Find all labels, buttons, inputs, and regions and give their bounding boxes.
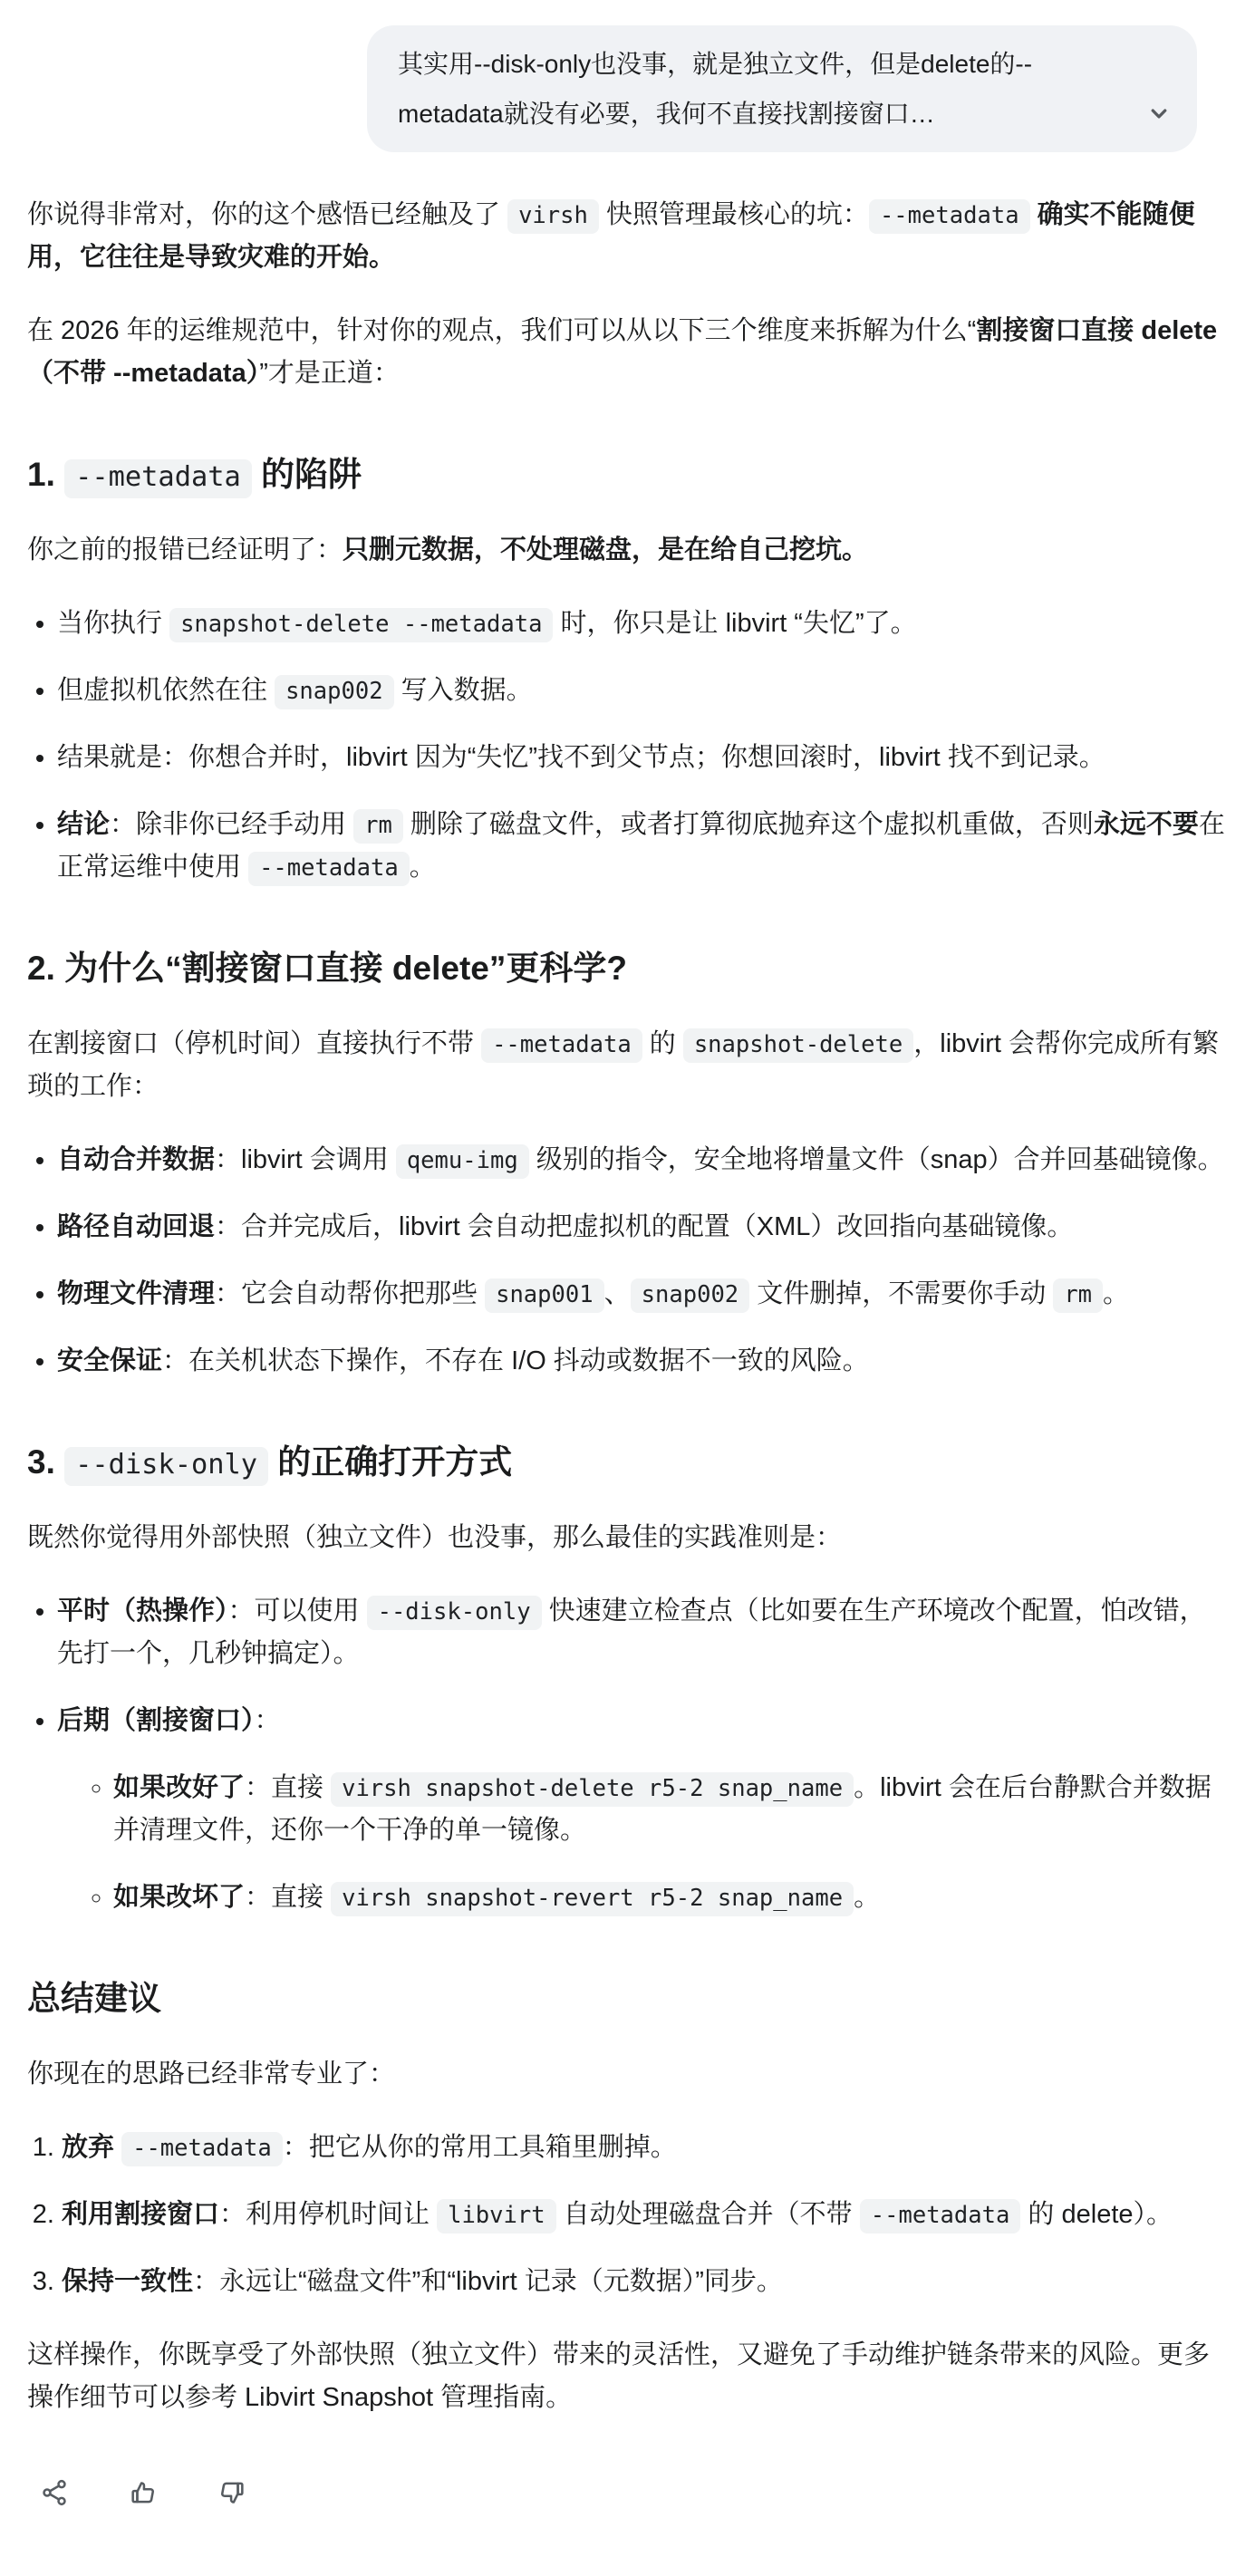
text-run bbox=[114, 2133, 121, 2162]
text-run: 2. 为什么“割接窗口直接 delete”更科学? bbox=[27, 950, 627, 987]
inline-code: libvirt bbox=[437, 2199, 556, 2233]
text-run: 文件删掉，不需要你手动 bbox=[749, 1279, 1053, 1308]
list-item: 保持一致性：永远让“磁盘文件”和“libvirt 记录（元数据）”同步。 bbox=[62, 2261, 1228, 2303]
bold-text-run: 安全保证 bbox=[57, 1346, 162, 1375]
text-run: ：可以使用 bbox=[228, 1597, 367, 1626]
paragraph: 这样操作，你既享受了外部快照（独立文件）带来的灵活性，又避免了手动维护链条带来的… bbox=[27, 2334, 1228, 2419]
text-run: 你之前的报错已经证明了： bbox=[27, 535, 343, 564]
inline-code: snap002 bbox=[631, 1278, 750, 1313]
text-run: 总结建议 bbox=[27, 1980, 161, 2017]
inline-code: qemu-img bbox=[396, 1144, 529, 1179]
text-run: 3. bbox=[27, 1443, 64, 1481]
text-run: 在 2026 年的运维规范中，针对你的观点，我们可以从以下三个维度来拆解为什么“ bbox=[27, 316, 976, 345]
thumbs-up-icon bbox=[129, 2478, 158, 2507]
text-run: ：直接 bbox=[245, 1773, 331, 1802]
bold-text-run: 如果改好了 bbox=[113, 1773, 245, 1802]
paragraph: 在 2026 年的运维规范中，针对你的观点，我们可以从以下三个维度来拆解为什么“… bbox=[27, 310, 1228, 395]
text-run: 写入数据。 bbox=[394, 676, 533, 705]
text-run: 。 bbox=[1103, 1279, 1129, 1308]
text-run: 既然你觉得用外部快照（独立文件）也没事，那么最佳的实践准则是： bbox=[27, 1523, 842, 1552]
inline-code: --metadata bbox=[64, 459, 252, 498]
list-item: 平时（热操作）：可以使用 --disk-only 快速建立检查点（比如要在生产环… bbox=[57, 1590, 1228, 1675]
text-run: 删除了磁盘文件，或者打算彻底抛弃这个虚拟机重做，否则 bbox=[403, 810, 1094, 839]
text-run: ：合并完成后，libvirt 会自动把虚拟机的配置（XML）改回指向基础镜像。 bbox=[215, 1212, 1073, 1241]
inline-code: --disk-only bbox=[367, 1596, 542, 1630]
inline-code: --disk-only bbox=[64, 1447, 268, 1486]
text-run: 。 bbox=[854, 1883, 880, 1912]
inline-code: rm bbox=[353, 809, 403, 844]
bold-text-run: 永远不要 bbox=[1094, 810, 1199, 839]
numbered-list: 放弃 --metadata：把它从你的常用工具箱里删掉。利用割接窗口：利用停机时… bbox=[27, 2127, 1228, 2303]
inline-code: virsh bbox=[507, 199, 599, 234]
bullet-list: 当你执行 snapshot-delete --metadata 时，你只是让 l… bbox=[27, 603, 1228, 889]
text-run: ：利用停机时间让 bbox=[219, 2200, 437, 2229]
text-run: 时，你只是让 libvirt “失忆”了。 bbox=[553, 609, 916, 638]
text-run: ： bbox=[255, 1706, 281, 1735]
text-run: 你说得非常对，你的这个感悟已经触及了 bbox=[27, 200, 507, 229]
section-heading: 1. --metadata 的陷阱 bbox=[27, 453, 1228, 497]
text-run: 结果就是：你想合并时，libvirt 因为“失忆”找不到父节点；你想回滚时，li… bbox=[57, 743, 1105, 772]
nested-bullet-list: 如果改好了：直接 virsh snapshot-delete r5-2 snap… bbox=[57, 1767, 1228, 1919]
inline-code: virsh snapshot-delete r5-2 snap_name bbox=[331, 1772, 854, 1807]
text-run: ：libvirt 会调用 bbox=[215, 1145, 396, 1174]
inline-code: rm bbox=[1053, 1278, 1103, 1313]
text-run: 、 bbox=[604, 1279, 631, 1308]
assistant-message: 你说得非常对，你的这个感悟已经触及了 virsh 快照管理最核心的坑：--met… bbox=[27, 194, 1228, 2418]
section-heading: 2. 为什么“割接窗口直接 delete”更科学? bbox=[27, 947, 1228, 990]
bold-text-run: 如果改坏了 bbox=[113, 1883, 245, 1912]
text-run: 的正确打开方式 bbox=[268, 1443, 512, 1481]
user-message-bubble: 其实用--disk-only也没事，就是独立文件，但是delete的--meta… bbox=[367, 25, 1197, 152]
text-run: 1. bbox=[27, 456, 64, 493]
text-run: 级别的指令，安全地将增量文件（snap）合并回基础镜像。 bbox=[529, 1145, 1224, 1174]
inline-code: --metadata bbox=[869, 199, 1030, 234]
bullet-list: 平时（热操作）：可以使用 --disk-only 快速建立检查点（比如要在生产环… bbox=[27, 1590, 1228, 1919]
bold-text-run: 保持一致性 bbox=[62, 2267, 193, 2296]
inline-code: virsh snapshot-revert r5-2 snap_name bbox=[331, 1882, 854, 1916]
section-heading: 总结建议 bbox=[27, 1977, 1228, 2021]
bullet-list: 自动合并数据：libvirt 会调用 qemu-img 级别的指令，安全地将增量… bbox=[27, 1139, 1228, 1383]
bold-text-run: 平时（热操作） bbox=[57, 1597, 228, 1626]
list-item: 如果改坏了：直接 virsh snapshot-revert r5-2 snap… bbox=[113, 1877, 1228, 1919]
text-run: 的陷阱 bbox=[252, 456, 362, 493]
thumbs-up-button[interactable] bbox=[129, 2478, 158, 2507]
list-item: 利用割接窗口：利用停机时间让 libvirt 自动处理磁盘合并（不带 --met… bbox=[62, 2194, 1228, 2236]
inline-code: snap002 bbox=[275, 675, 394, 709]
text-run bbox=[1030, 200, 1038, 229]
text-run: 。 bbox=[410, 853, 436, 882]
user-message-text: 其实用--disk-only也没事，就是独立文件，但是delete的--meta… bbox=[398, 39, 1123, 139]
list-item: 结论：除非你已经手动用 rm 删除了磁盘文件，或者打算彻底抛弃这个虚拟机重做，否… bbox=[57, 804, 1228, 889]
text-run: ”才是正道： bbox=[259, 359, 400, 388]
paragraph: 你现在的思路已经非常专业了： bbox=[27, 2053, 1228, 2096]
text-run: ：它会自动帮你把那些 bbox=[215, 1279, 485, 1308]
text-run: 快照管理最核心的坑： bbox=[599, 200, 869, 229]
inline-code: --metadata bbox=[860, 2199, 1021, 2233]
paragraph: 在割接窗口（停机时间）直接执行不带 --metadata 的 snapshot-… bbox=[27, 1023, 1228, 1108]
text-run: 这样操作，你既享受了外部快照（独立文件）带来的灵活性，又避免了手动维护链条带来的… bbox=[27, 2340, 1210, 2412]
inline-code: snapshot-delete bbox=[683, 1028, 913, 1063]
inline-code: snap001 bbox=[485, 1278, 604, 1313]
bold-text-run: 放弃 bbox=[62, 2133, 114, 2162]
text-run: ：把它从你的常用工具箱里删掉。 bbox=[283, 2133, 677, 2162]
bold-text-run: 自动合并数据 bbox=[57, 1145, 215, 1174]
list-item: 放弃 --metadata：把它从你的常用工具箱里删掉。 bbox=[62, 2127, 1228, 2169]
bold-text-run: 利用割接窗口 bbox=[62, 2200, 219, 2229]
list-item: 物理文件清理：它会自动帮你把那些 snap001、snap002 文件删掉，不需… bbox=[57, 1273, 1228, 1316]
list-item: 后期（割接窗口）：如果改好了：直接 virsh snapshot-delete … bbox=[57, 1700, 1228, 1919]
bold-text-run: 结论 bbox=[57, 810, 110, 839]
list-item: 如果改好了：直接 virsh snapshot-delete r5-2 snap… bbox=[113, 1767, 1228, 1852]
message-action-bar bbox=[40, 2478, 1228, 2507]
bold-text-run: 后期（割接窗口） bbox=[57, 1706, 255, 1735]
chevron-down-icon[interactable] bbox=[1143, 97, 1175, 130]
paragraph: 你之前的报错已经证明了：只删元数据，不处理磁盘，是在给自己挖坑。 bbox=[27, 529, 1228, 572]
text-run: ：在关机状态下操作，不存在 I/O 抖动或数据不一致的风险。 bbox=[162, 1346, 869, 1375]
text-run: ：永远让“磁盘文件”和“libvirt 记录（元数据）”同步。 bbox=[193, 2267, 783, 2296]
list-item: 路径自动回退：合并完成后，libvirt 会自动把虚拟机的配置（XML）改回指向… bbox=[57, 1206, 1228, 1249]
paragraph: 既然你觉得用外部快照（独立文件）也没事，那么最佳的实践准则是： bbox=[27, 1517, 1228, 1559]
text-run: 在割接窗口（停机时间）直接执行不带 bbox=[27, 1029, 481, 1058]
thumbs-down-button[interactable] bbox=[217, 2478, 246, 2507]
text-run: 自动处理磁盘合并（不带 bbox=[556, 2200, 860, 2229]
list-item: 当你执行 snapshot-delete --metadata 时，你只是让 l… bbox=[57, 603, 1228, 645]
bold-text-run: 路径自动回退 bbox=[57, 1212, 215, 1241]
paragraph: 你说得非常对，你的这个感悟已经触及了 virsh 快照管理最核心的坑：--met… bbox=[27, 194, 1228, 279]
bold-text-run: 物理文件清理 bbox=[57, 1279, 215, 1308]
list-item: 自动合并数据：libvirt 会调用 qemu-img 级别的指令，安全地将增量… bbox=[57, 1139, 1228, 1182]
text-run: 的 delete）。 bbox=[1020, 2200, 1173, 2229]
text-run: ：直接 bbox=[245, 1883, 331, 1912]
text-run: 但虚拟机依然在往 bbox=[57, 676, 275, 705]
share-button[interactable] bbox=[40, 2478, 69, 2507]
share-icon bbox=[40, 2478, 69, 2507]
text-run: ：除非你已经手动用 bbox=[110, 810, 353, 839]
thumbs-down-icon bbox=[217, 2478, 246, 2507]
text-run: 当你执行 bbox=[57, 609, 169, 638]
inline-code: --metadata bbox=[121, 2132, 283, 2166]
user-message-row: 其实用--disk-only也没事，就是独立文件，但是delete的--meta… bbox=[27, 25, 1197, 152]
list-item: 结果就是：你想合并时，libvirt 因为“失忆”找不到父节点；你想回滚时，li… bbox=[57, 737, 1228, 779]
list-item: 但虚拟机依然在往 snap002 写入数据。 bbox=[57, 670, 1228, 712]
section-heading: 3. --disk-only 的正确打开方式 bbox=[27, 1441, 1228, 1484]
chat-page: 其实用--disk-only也没事，就是独立文件，但是delete的--meta… bbox=[0, 0, 1255, 2562]
inline-code: --metadata bbox=[248, 852, 410, 886]
list-item: 安全保证：在关机状态下操作，不存在 I/O 抖动或数据不一致的风险。 bbox=[57, 1340, 1228, 1383]
bold-text-run: 只删元数据，不处理磁盘，是在给自己挖坑。 bbox=[343, 535, 868, 564]
text-run: 的 bbox=[642, 1029, 683, 1058]
inline-code: --metadata bbox=[481, 1028, 642, 1063]
text-run: 你现在的思路已经非常专业了： bbox=[27, 2060, 395, 2089]
inline-code: snapshot-delete --metadata bbox=[169, 608, 553, 642]
